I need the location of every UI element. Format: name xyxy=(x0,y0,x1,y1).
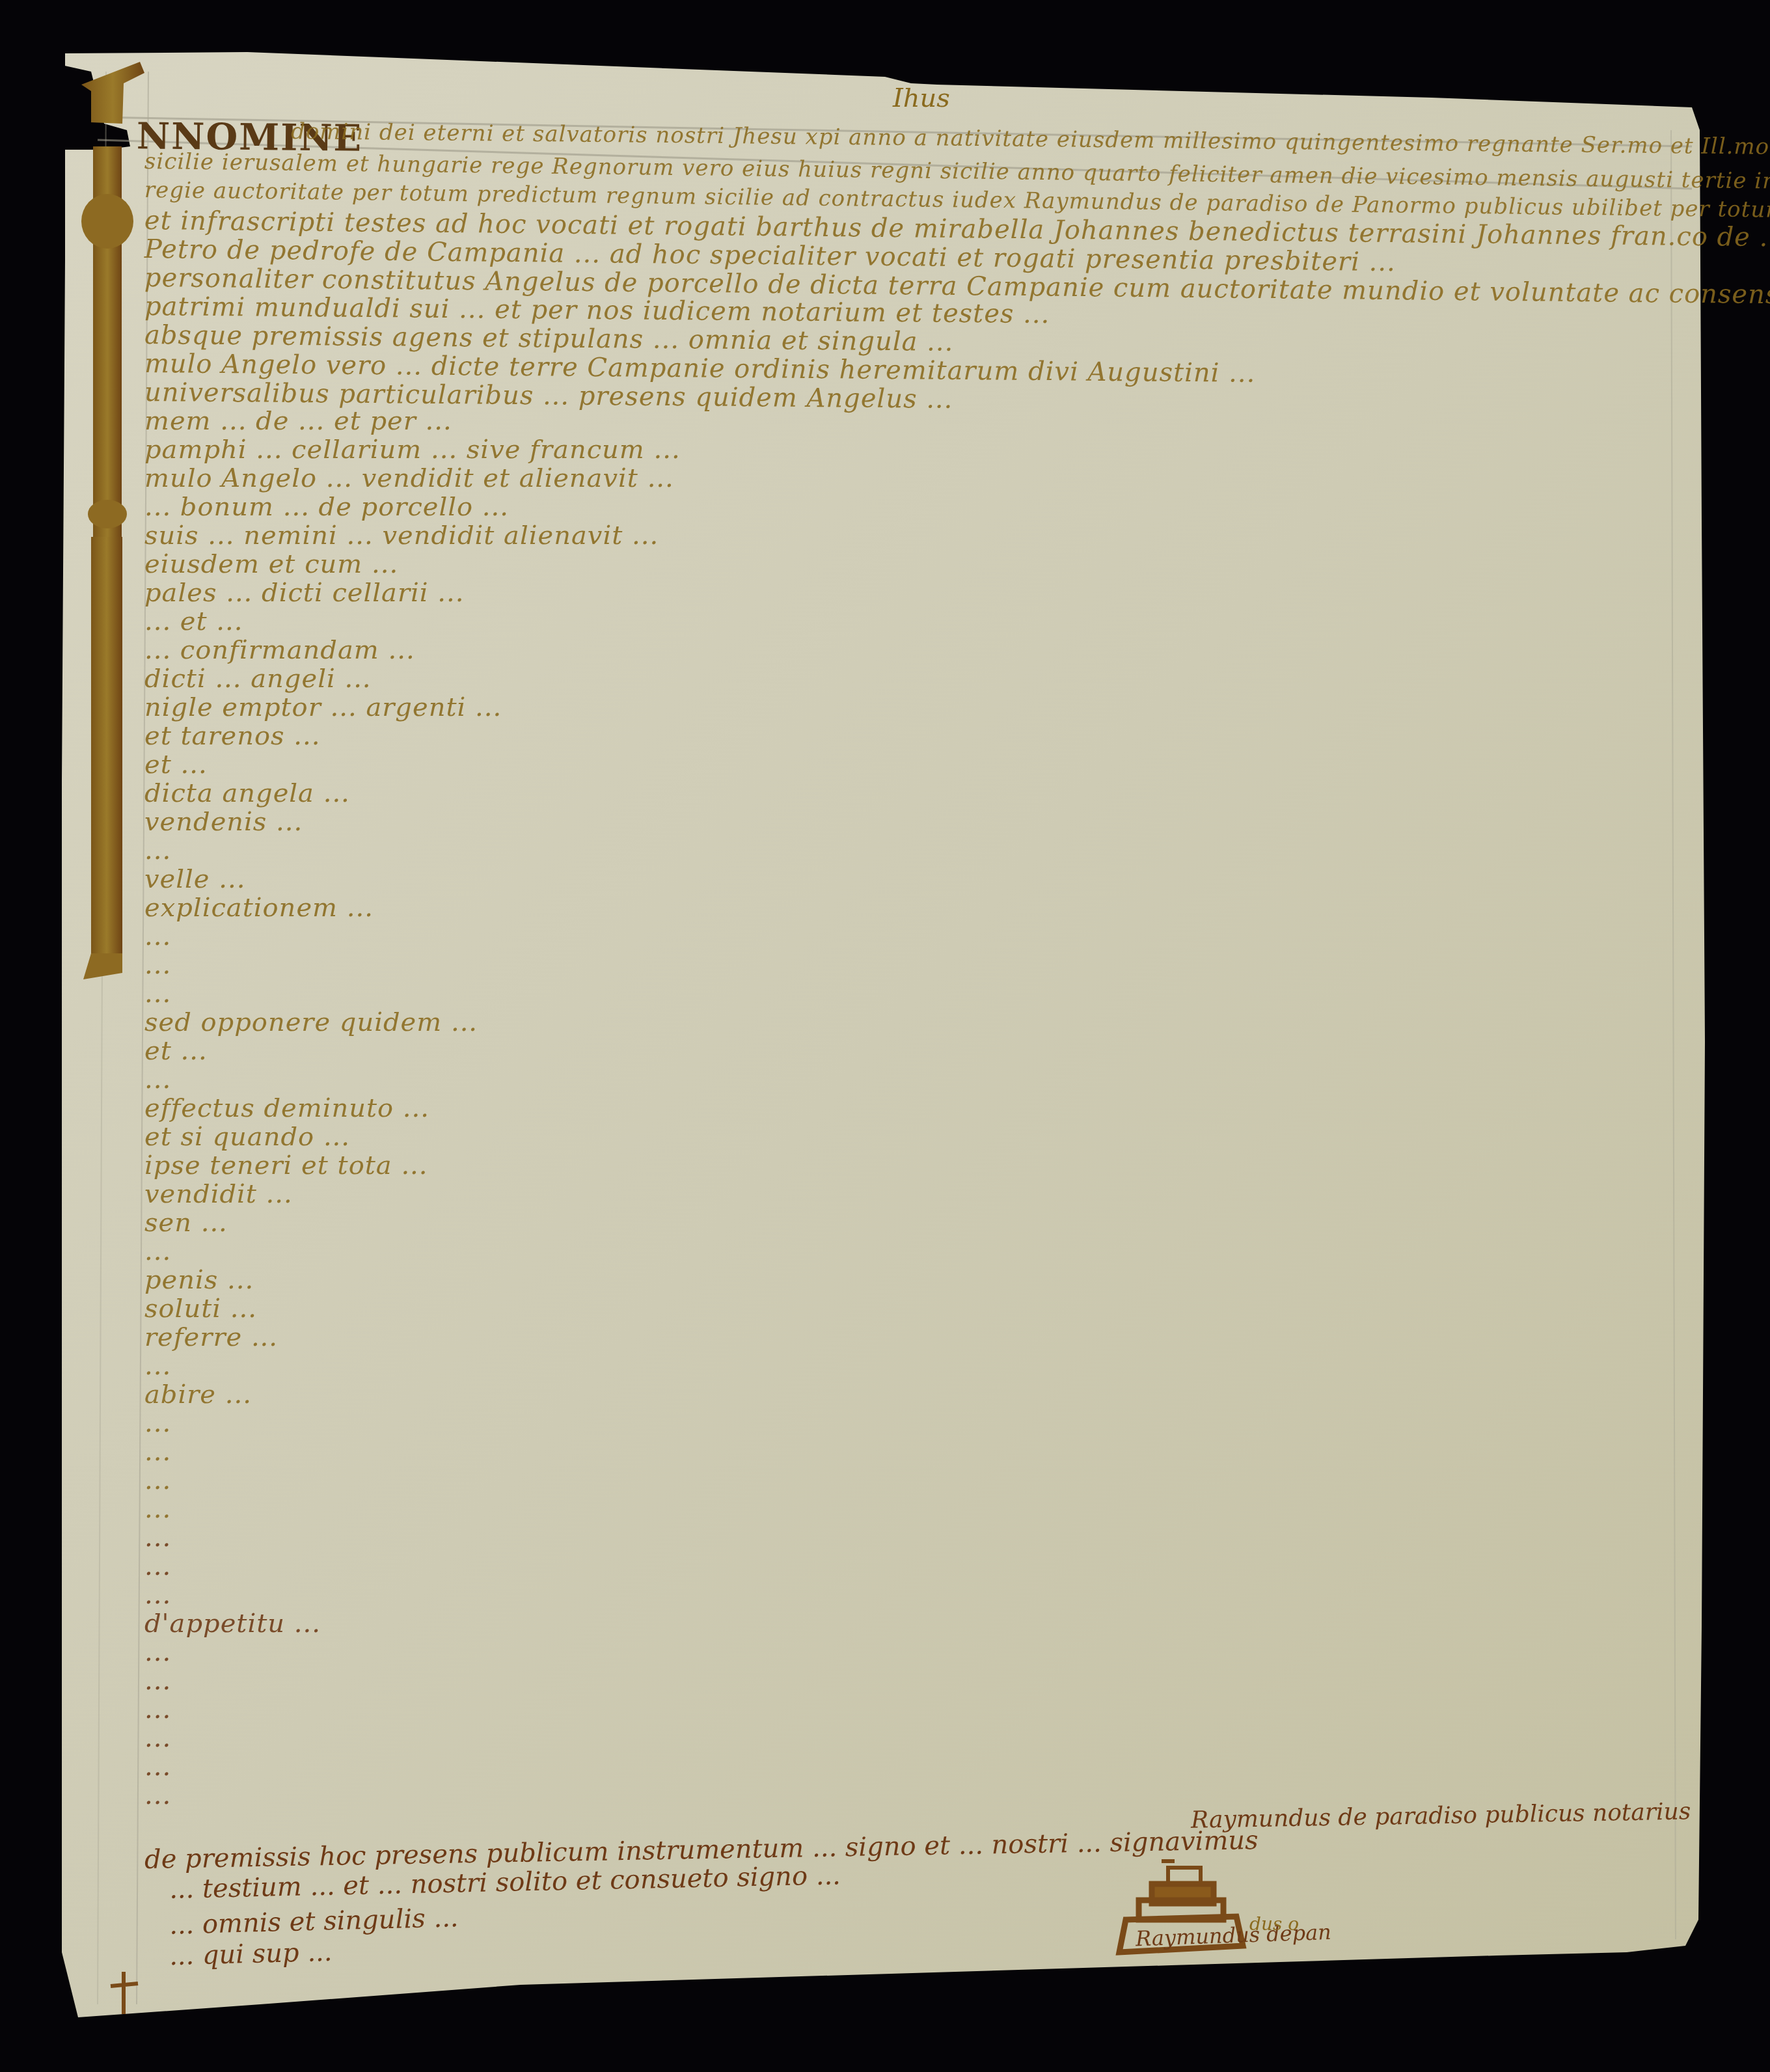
text-line: penis ... xyxy=(144,1265,254,1295)
text-line: mulo Angelo ... vendidit et alienavit ..… xyxy=(144,463,674,493)
text-line: vendidit ... xyxy=(144,1179,293,1209)
text-line: ... xyxy=(144,1523,171,1553)
closing-line: ... qui sup ... xyxy=(169,1937,333,1972)
text-line: ... xyxy=(144,1723,171,1753)
text-line: referre ... xyxy=(144,1322,278,1352)
text-line: abire ... xyxy=(144,1380,252,1410)
text-line: ... xyxy=(144,1752,171,1782)
text-line: eiusdem et cum ... xyxy=(144,549,398,579)
notary-sign-suffix: dus o xyxy=(1249,1913,1299,1935)
text-line: mem ... de ... et per ... xyxy=(144,406,452,436)
text-line: nigle emptor ... argenti ... xyxy=(144,692,502,722)
text-line: explicationem ... xyxy=(144,893,374,923)
text-line: ... xyxy=(144,836,171,866)
text-line: soluti ... xyxy=(144,1294,257,1324)
text-line: suis ... nemini ... vendidit alienavit .… xyxy=(144,521,659,551)
text-line: sed opponere quidem ... xyxy=(144,1007,478,1037)
text-line: ... bonum ... de porcello ... xyxy=(144,492,509,522)
text-line: ... xyxy=(144,1065,171,1095)
text-line: ... xyxy=(144,1437,171,1467)
text-line: et ... xyxy=(144,750,208,780)
top-annotation: Ihus xyxy=(893,83,950,113)
text-line: effectus deminuto ... xyxy=(144,1093,429,1123)
text-line: et si quando ... xyxy=(144,1122,350,1152)
text-line: ipse teneri et tota ... xyxy=(144,1151,428,1180)
text-line: ... xyxy=(144,1580,171,1610)
text-line: ... xyxy=(144,1695,171,1724)
text-line: pales ... dicti cellarii ... xyxy=(144,578,464,608)
text-line: ... xyxy=(144,1551,171,1581)
text-line: et ... xyxy=(144,1036,208,1066)
text-line: ... xyxy=(144,1408,171,1438)
text-line: ... xyxy=(144,921,171,951)
text-line: et tarenos ... xyxy=(144,721,320,751)
text-line: ... xyxy=(144,1666,171,1696)
text-line: sen ... xyxy=(144,1208,228,1238)
text-line: ... xyxy=(144,1637,171,1667)
text-line: ... xyxy=(144,1236,171,1266)
text-line: dicti ... angeli ... xyxy=(144,664,372,694)
text-line: pamphi ... cellarium ... sive francum ..… xyxy=(144,435,681,465)
text-line: vendenis ... xyxy=(144,807,303,837)
text-line: ... xyxy=(144,1351,171,1381)
text-line: ... xyxy=(144,979,171,1009)
text-line: ... xyxy=(144,1780,171,1810)
text-line: velle ... xyxy=(144,864,245,894)
text-line: ... xyxy=(144,1465,171,1495)
text-line: ... et ... xyxy=(144,607,243,636)
text-line: d'appetitu ... xyxy=(144,1609,321,1639)
text-line: ... confirmandam ... xyxy=(144,635,415,665)
text-line: ... xyxy=(144,950,171,980)
text-line: ... xyxy=(144,1494,171,1524)
text-line: dicta angela ... xyxy=(144,778,350,808)
